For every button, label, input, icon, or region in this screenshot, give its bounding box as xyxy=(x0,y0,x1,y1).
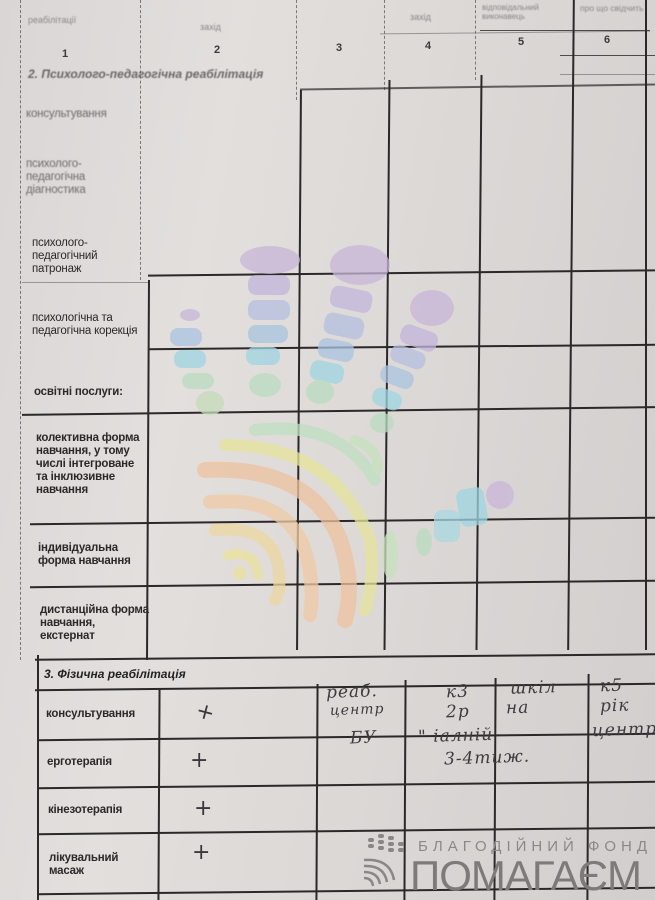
handwriting-c: к3 xyxy=(446,684,470,701)
handwriting-h: рік xyxy=(600,697,630,714)
handwriting-j: " іалній xyxy=(418,727,494,746)
s3-row-kinesiotherapy: кінезотерапія xyxy=(48,804,122,817)
section-3-title: 3. Фізична реабілітація xyxy=(44,667,186,681)
col-number-3: 3 xyxy=(336,42,342,54)
section-2-title: 2. Психолого-педагогічна реабілітація xyxy=(28,67,263,81)
s2-row-consulting: консультування xyxy=(26,108,136,121)
watermark-line2: ПОМАГАЄМ xyxy=(410,852,641,900)
header-col4: захід xyxy=(410,12,431,22)
col-number-4: 4 xyxy=(425,40,431,52)
col-number-2: 2 xyxy=(214,44,220,56)
handwriting-d: 2р xyxy=(446,704,470,721)
col-number-5: 5 xyxy=(518,36,524,48)
s2-row-patronage: психолого-педагогічний патронаж xyxy=(32,237,144,276)
header-col2: захід xyxy=(200,22,221,32)
s3-mark-kinesiotherapy: + xyxy=(194,796,212,821)
s2-row-distance: дистанційна форма навчання, екстернат xyxy=(40,604,150,643)
handwriting-e: шкіл xyxy=(510,679,557,697)
header-col5: відповідальний виконавець xyxy=(482,3,567,21)
header-col1: реабілітації xyxy=(28,15,76,25)
s3-mark-massage: + xyxy=(192,840,210,865)
s3-row-massage: лікувальний масаж xyxy=(49,852,149,878)
handwriting-l: центр xyxy=(592,721,655,739)
handwriting-f: на xyxy=(506,700,530,717)
watermark-logo-icon xyxy=(160,240,520,640)
s3-mark-consulting: + xyxy=(193,698,217,727)
document-page: реабілітації захід захід відповідальний … xyxy=(0,0,655,900)
handwriting-b: центр xyxy=(330,701,385,719)
handwriting-i: БУ xyxy=(350,730,377,747)
handwriting-k: 3-4тиж. xyxy=(444,749,531,768)
s2-row-correction: психологічна та педагогічна корекція xyxy=(32,312,144,338)
s2-row-collective: колективна форма навчання, у тому числі … xyxy=(36,432,148,497)
s3-row-ergotherapy: ерготерапія xyxy=(47,756,112,769)
foundation-hand-logo-icon xyxy=(360,830,416,890)
s2-row-educational: освітні послуги: xyxy=(34,386,146,399)
col-number-6: 6 xyxy=(604,34,610,46)
handwriting-g: к5 xyxy=(600,678,624,695)
handwriting-a: реаб. xyxy=(326,683,378,701)
s2-row-individual: індивідуальна форма навчання xyxy=(38,542,148,568)
s3-row-consulting: консультування xyxy=(46,708,135,721)
s2-row-diagnostics: психолого-педагогічна діагностика xyxy=(26,158,136,197)
col-number-1: 1 xyxy=(62,48,68,60)
s3-mark-ergotherapy: + xyxy=(190,748,208,773)
header-col6: про що свідчить xyxy=(580,3,645,13)
